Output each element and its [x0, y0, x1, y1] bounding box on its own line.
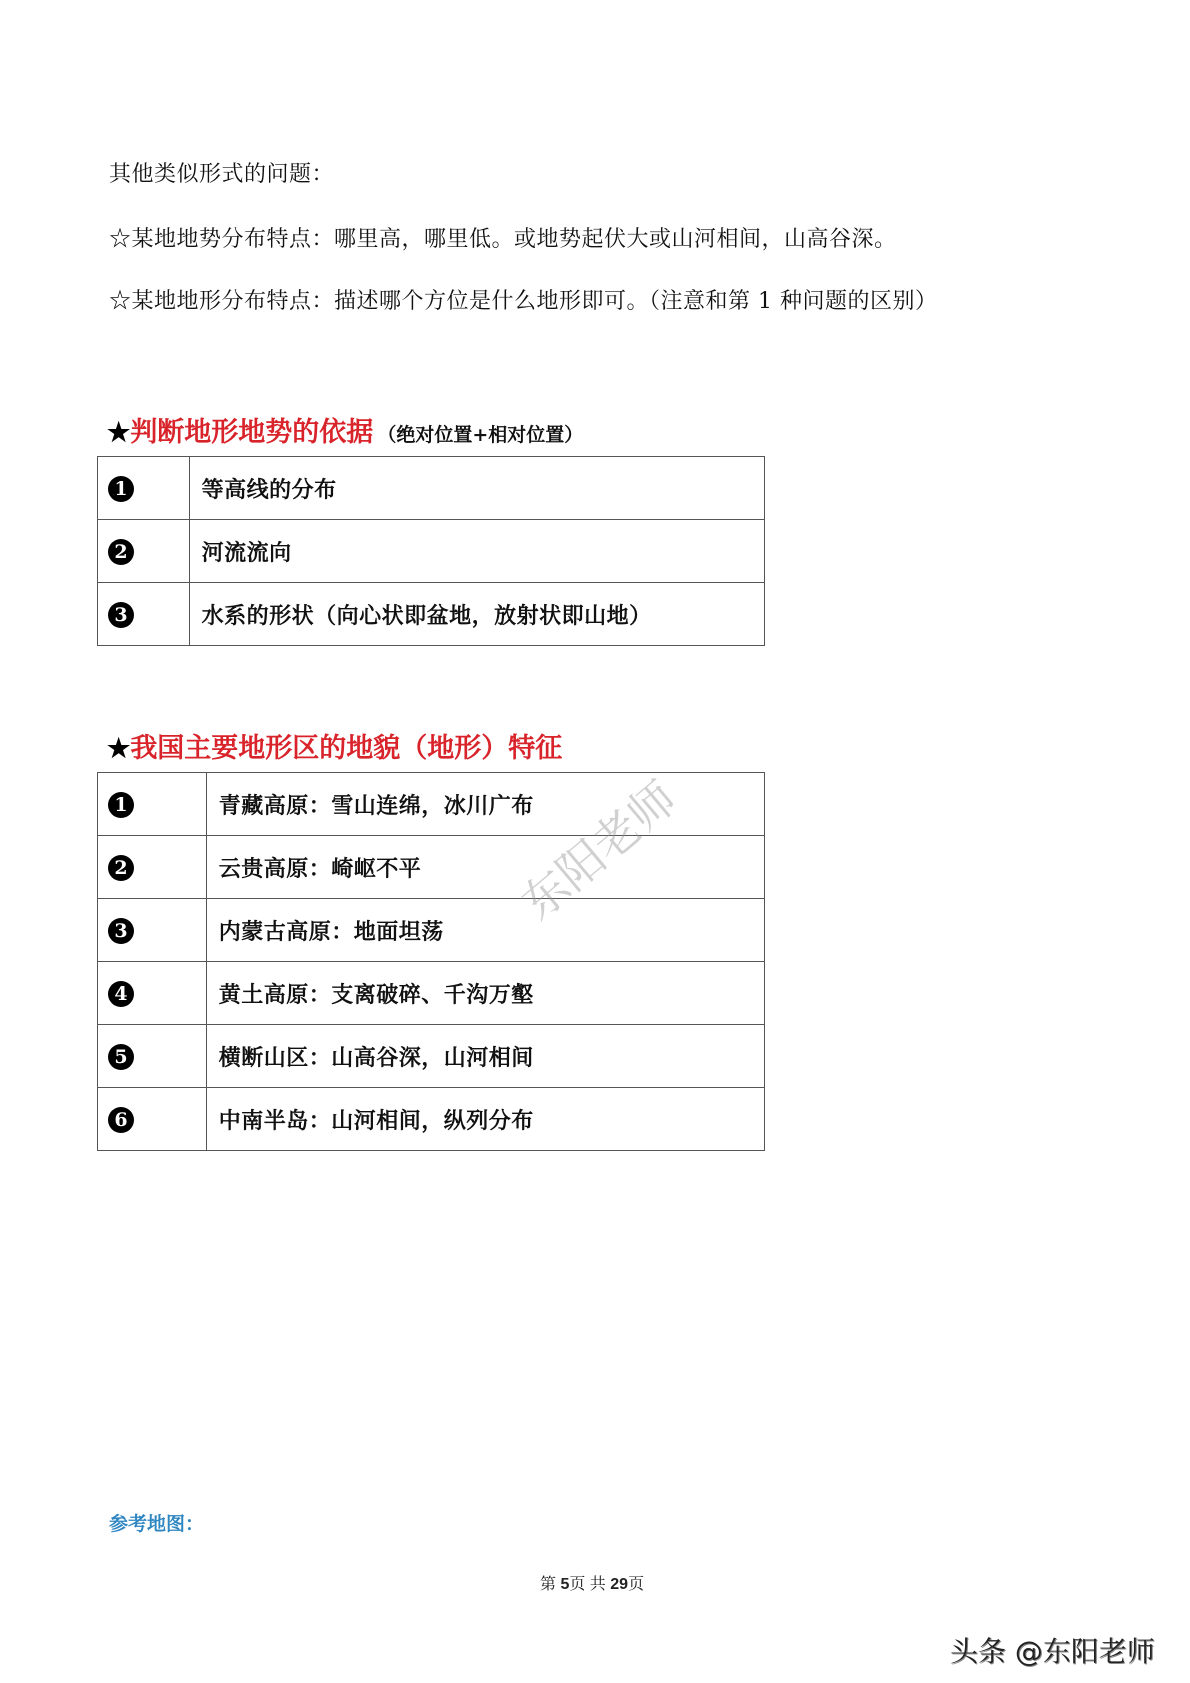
- circled-number-icon: 3: [108, 918, 134, 944]
- row-text: 横断山区：山高谷深，山河相间: [206, 1025, 764, 1088]
- circled-number-icon: 5: [108, 1044, 134, 1070]
- table-row: 2 河流流向: [98, 520, 765, 583]
- circled-number-icon: 4: [108, 981, 134, 1007]
- row-text: 内蒙古高原：地面坦荡: [206, 899, 764, 962]
- circled-number-icon: 2: [108, 855, 134, 881]
- row-text: 河流流向: [189, 520, 764, 583]
- circled-number-icon: 3: [108, 602, 134, 628]
- circled-number-icon: 1: [108, 476, 134, 502]
- intro-title: 其他类似形式的问题：: [109, 160, 334, 190]
- intro-item-landform-distribution: ☆某地地形分布特点：描述哪个方位是什么地形即可。（注意和第 1 种问题的区别）: [109, 287, 938, 317]
- table-row: 4 黄土高原：支离破碎、千沟万壑: [98, 962, 765, 1025]
- row-text: 中南半岛：山河相间，纵列分布: [206, 1088, 764, 1151]
- section1-heading: ★判断地形地势的依据（绝对位置+相对位置）: [107, 410, 583, 449]
- total-pages: 29: [610, 1576, 628, 1593]
- section1-note: （绝对位置+相对位置）: [377, 424, 583, 446]
- table-row: 6 中南半岛：山河相间，纵列分布: [98, 1088, 765, 1151]
- circled-number-icon: 2: [108, 539, 134, 565]
- row-text: 云贵高原：崎岖不平: [206, 836, 764, 899]
- table-row: 5 横断山区：山高谷深，山河相间: [98, 1025, 765, 1088]
- table-row: 3 内蒙古高原：地面坦荡: [98, 899, 765, 962]
- circled-number-icon: 6: [108, 1107, 134, 1133]
- table-row: 3 水系的形状（向心状即盆地，放射状即山地）: [98, 583, 765, 646]
- star-icon: ★: [107, 418, 130, 448]
- table-row: 2 云贵高原：崎岖不平: [98, 836, 765, 899]
- star-icon: ★: [107, 734, 130, 764]
- section2-title: 我国主要地形区的地貌（地形）特征: [130, 733, 562, 764]
- circled-number-icon: 1: [108, 792, 134, 818]
- section1-table: 1 等高线的分布 2 河流流向 3 水系的形状（向心状即盆地，放射状即山地）: [97, 456, 765, 646]
- table-row: 1 等高线的分布: [98, 457, 765, 520]
- row-text: 黄土高原：支离破碎、千沟万壑: [206, 962, 764, 1025]
- section1-title: 判断地形地势的依据: [130, 417, 373, 448]
- source-watermark: 头条 @东阳老师: [950, 1630, 1155, 1670]
- row-text: 水系的形状（向心状即盆地，放射状即山地）: [189, 583, 764, 646]
- section2-heading: ★我国主要地形区的地貌（地形）特征: [107, 726, 562, 765]
- page-number: 第 5页 共 29页: [540, 1571, 644, 1594]
- reference-map-label: 参考地图：: [109, 1509, 204, 1536]
- intro-item-terrain-trend: ☆某地地势分布特点：哪里高，哪里低。或地势起伏大或山河相间，山高谷深。: [109, 225, 897, 255]
- row-text: 等高线的分布: [189, 457, 764, 520]
